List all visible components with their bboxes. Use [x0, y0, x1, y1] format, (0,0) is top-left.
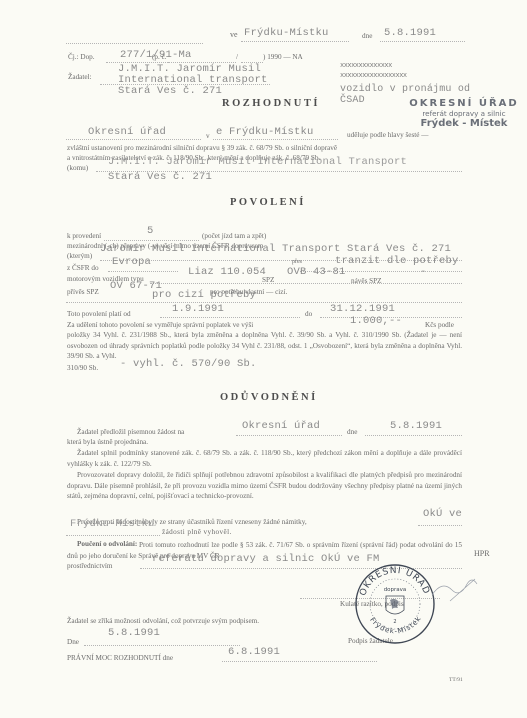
request-date-label: dne	[347, 428, 357, 436]
applicant-line-3: Stará Ves č. 271	[118, 85, 222, 97]
office-stamp-line-3: Frýdek - Místek	[408, 118, 520, 129]
recipient-line-1: J.M.I.T. Jaromír Musil International Tra…	[108, 156, 407, 168]
fee-currency: Kčs podle	[425, 321, 454, 329]
law-line-1: zvláštní ustanovení pro mezinárodní siln…	[67, 144, 337, 152]
place-prefix: ve	[230, 30, 238, 39]
ref-sep: /	[236, 53, 238, 61]
valid-from-label: Toto povolení platí od	[67, 310, 131, 318]
no-objection-typed-2: Frýdku-Místku	[70, 518, 155, 530]
request-to: Okresní úřad	[242, 420, 320, 432]
recipient-line-2: Stará Ves č. 271	[108, 171, 212, 183]
request-label: Žadatel předložil písemnou žádost na	[77, 428, 184, 436]
fee-value: 1.000,--	[350, 315, 402, 327]
fee-last-printed: 310/90 Sb.	[67, 364, 98, 372]
valid-to-value: 31.12.1991	[330, 303, 395, 315]
authority-v-label: v	[206, 132, 210, 140]
trips-value: 5	[147, 225, 154, 237]
valid-from-value: 1.9.1991	[172, 303, 224, 315]
authority-name: Okresní úřad	[88, 126, 166, 138]
purpose-value: pro cizí potřeby	[152, 289, 256, 301]
waiver-text: Žadatel se zříká možnosti odvolání, což …	[67, 617, 259, 625]
section-title-oduvodneni: ODŮVODNĚNÍ	[220, 392, 318, 403]
ref-label: Čj.: Dop.	[68, 53, 95, 61]
to-label: (komu)	[67, 164, 88, 172]
justification-p2: Provozovatel dopravy doložil, že řidiči …	[67, 470, 462, 502]
authority-place: e Frýdku-Místku	[216, 126, 314, 138]
struck-line-2: xxxxxxxxxxxxxxxxxx	[340, 72, 407, 80]
via-value: referátu dopravy a silnic OkÚ ve FM	[152, 553, 380, 565]
signature-scribble	[430, 575, 480, 605]
ref-pc-label: (p. č.	[152, 53, 167, 61]
rental-note-2: ČSAD	[340, 95, 365, 106]
legal-force-date: 6.8.1991	[228, 646, 280, 658]
trips-label: k provedení	[67, 232, 101, 240]
section-title-povoleni: POVOLENÍ	[230, 197, 306, 208]
carrier-value: Jaromír Musil International Transport St…	[100, 243, 451, 255]
struck-line-1: xxxxxxxxxxxxxx	[340, 62, 392, 70]
no-objection-typed-1: OkÚ ve	[423, 508, 462, 520]
office-stamp-line-2: referát dopravy a silnic	[408, 109, 520, 118]
stamp-number: 2	[393, 619, 396, 625]
official-round-stamp: OKRESNÍ ÚŘAD Frýdek-Místek doprava 2	[354, 563, 436, 645]
header-place: Frýdku-Místku	[244, 27, 329, 39]
appeal-note: HPR	[474, 549, 490, 558]
permit-document: ve Frýdku-Místku dne 5.8.1991 Čj.: Dop. …	[0, 0, 527, 718]
office-stamp-line-1: OKRESNÍ ÚŘAD	[408, 98, 520, 109]
destination-label: z ČSFR do	[67, 264, 99, 272]
trips-note: (počet jízd tam a zpět)	[202, 232, 266, 240]
legal-force-label: PRÁVNÍ MOC ROZHODNUTÍ dne	[67, 654, 173, 662]
date-label: dne	[362, 32, 372, 40]
stamp-inner-text: doprava	[384, 587, 407, 593]
waiver-date-label: Dne	[67, 638, 79, 646]
justification-p1: Žadatel splnil podmínky stanovené zák. č…	[67, 448, 462, 469]
carrier-label-2: (kterým)	[67, 252, 92, 260]
vehicle-type-value: Liaz 110.054	[188, 266, 266, 278]
via-label: prostřednictvím	[67, 562, 113, 570]
via-pres-label: přes	[292, 259, 302, 265]
route-value: tranzit dle potřeby	[335, 255, 459, 267]
no-objection-suffix: žádosti plně vyhověl.	[162, 528, 232, 536]
grants-text: uděluje podle hlavy šesté —	[347, 131, 428, 139]
spz-value: OVB 43-81	[287, 266, 346, 278]
trailer-spz-value: -	[420, 266, 427, 278]
section-title-rozhodnuti: ROZHODNUTÍ	[222, 98, 320, 109]
destination-value: Evropa	[112, 256, 151, 268]
privs-label: přívěs SPZ	[67, 288, 99, 296]
header-date: 5.8.1991	[384, 27, 436, 39]
fee-line-prefix: Za udělení tohoto povolení se vyměřuje s…	[67, 321, 253, 329]
request-line-2: která byla ústně projednána.	[67, 438, 148, 446]
fee-legal-text: položky 34 Vyhl. č. 231/1988 Sb., která …	[67, 330, 462, 362]
valid-to-label: do	[305, 310, 312, 318]
fee-last-typed: - vyhl. č. 570/90 Sb.	[120, 358, 257, 370]
ref-year: ) 1990 — NA	[263, 53, 303, 61]
office-stamp: OKRESNÍ ÚŘAD referát dopravy a silnic Fr…	[408, 116, 520, 129]
waiver-date: 5.8.1991	[108, 627, 160, 639]
form-code: TT/91	[449, 677, 463, 683]
request-date: 5.8.1991	[390, 420, 442, 432]
rental-note-1: vozidlo v pronájmu od	[340, 84, 470, 95]
applicant-label: Žadatel:	[68, 73, 92, 81]
